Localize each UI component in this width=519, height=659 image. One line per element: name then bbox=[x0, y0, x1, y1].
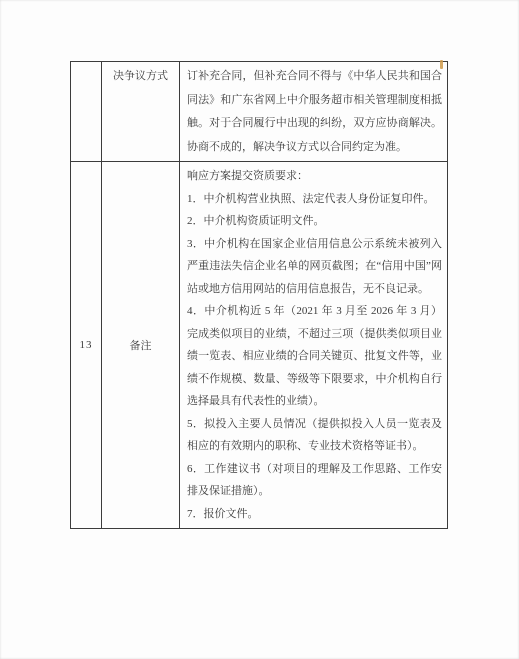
paragraph: 订补充合同，但补充合同不得与《中华人民共和国合同法》和广东省网上中介服务超市相关… bbox=[187, 65, 442, 159]
row-number: 13 bbox=[80, 339, 93, 351]
paragraph: 1．中介机构营业执照、法定代表人身份证复印件。 bbox=[187, 188, 442, 211]
table-row-dispute-continuation: 决争议方式 订补充合同，但补充合同不得与《中华人民共和国合同法》和广东省网上中介… bbox=[71, 62, 447, 162]
paragraph: 响应方案提交资质要求： bbox=[187, 165, 442, 188]
document-page: 决争议方式 订补充合同，但补充合同不得与《中华人民共和国合同法》和广东省网上中介… bbox=[0, 0, 519, 659]
scan-artifact bbox=[440, 60, 443, 69]
content-paragraphs: 响应方案提交资质要求：1．中介机构营业执照、法定代表人身份证复印件。2．中介机构… bbox=[187, 165, 442, 525]
paragraph: 5．拟投入主要人员情况（提供拟投入人员一览表及相应的有效期内的职称、专业技术资格… bbox=[187, 413, 442, 458]
paragraph: 6．工作建议书（对项目的理解及工作思路、工作安排及保证措施）。 bbox=[187, 458, 442, 503]
paragraph: 2．中介机构资质证明文件。 bbox=[187, 210, 442, 233]
row-content-cell: 订补充合同，但补充合同不得与《中华人民共和国合同法》和广东省网上中介服务超市相关… bbox=[180, 62, 447, 161]
row-content-cell: 响应方案提交资质要求：1．中介机构营业执照、法定代表人身份证复印件。2．中介机构… bbox=[180, 162, 447, 528]
row-number-cell bbox=[71, 62, 102, 161]
paragraph: 7．报价文件。 bbox=[187, 503, 442, 526]
table-row-remarks: 13 备注 响应方案提交资质要求：1．中介机构营业执照、法定代表人身份证复印件。… bbox=[71, 162, 447, 528]
row-label: 备注 bbox=[130, 337, 152, 353]
paragraph: 4．中介机构近 5 年（2021 年 3 月至 2026 年 3 月）完成类似项… bbox=[187, 300, 442, 413]
row-number-cell: 13 bbox=[71, 162, 102, 528]
requirements-table: 决争议方式 订补充合同，但补充合同不得与《中华人民共和国合同法》和广东省网上中介… bbox=[70, 61, 448, 529]
content-paragraphs: 订补充合同，但补充合同不得与《中华人民共和国合同法》和广东省网上中介服务超市相关… bbox=[187, 65, 442, 159]
paragraph: 3．中介机构在国家企业信用信息公示系统未被列入严重违法失信企业名单的网页截图；在… bbox=[187, 233, 442, 301]
row-label: 决争议方式 bbox=[113, 67, 168, 83]
row-label-cell: 备注 bbox=[102, 162, 180, 528]
row-label-cell: 决争议方式 bbox=[102, 62, 180, 161]
